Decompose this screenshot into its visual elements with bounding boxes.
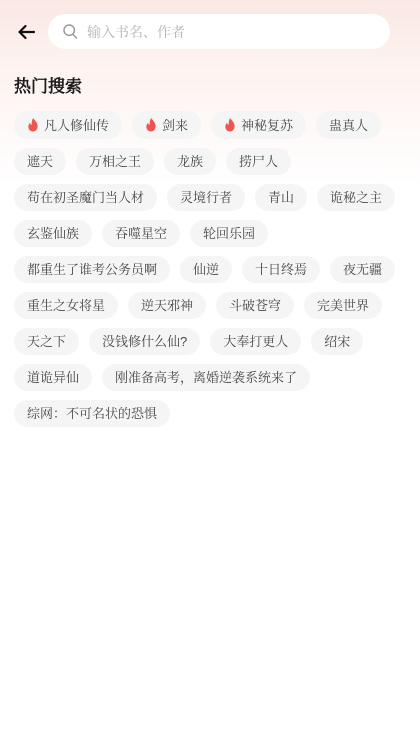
hot-search-tag-label: 逆天邪神: [141, 299, 193, 312]
flame-icon: [224, 118, 236, 132]
hot-search-tag-label: 吞噬星空: [115, 227, 167, 240]
hot-search-tag[interactable]: 综网：不可名状的恐惧: [14, 400, 170, 427]
hot-search-tag[interactable]: 青山: [255, 184, 307, 211]
hot-search-tag-label: 夜无疆: [343, 263, 382, 276]
hot-search-tag[interactable]: 夜无疆: [330, 256, 395, 283]
hot-search-tag-label: 重生之女将星: [27, 299, 105, 312]
hot-search-tag-label: 十日终焉: [255, 263, 307, 276]
hot-search-tag[interactable]: 轮回乐园: [190, 220, 268, 247]
hot-search-tag[interactable]: 万相之王: [76, 148, 154, 175]
hot-search-tag-label: 道诡异仙: [27, 371, 79, 384]
hot-search-tag[interactable]: 刚准备高考，离婚逆袭系统来了: [102, 364, 310, 391]
search-input[interactable]: [87, 24, 376, 40]
hot-search-tag-label: 完美世界: [317, 299, 369, 312]
hot-search-tag[interactable]: 天之下: [14, 328, 79, 355]
hot-search-tag-label: 遮天: [27, 155, 53, 168]
hot-search-tag-label: 天之下: [27, 335, 66, 348]
hot-search-tag[interactable]: 神秘复苏: [211, 111, 306, 139]
hot-search-tag-label: 万相之王: [89, 155, 141, 168]
hot-search-tag-label: 神秘复苏: [241, 119, 293, 132]
hot-search-tag-label: 蛊真人: [329, 119, 368, 132]
hot-search-tag[interactable]: 凡人修仙传: [14, 111, 122, 139]
hot-search-tag[interactable]: 剑来: [132, 111, 201, 139]
hot-search-tag-label: 捞尸人: [239, 155, 278, 168]
search-bar[interactable]: [48, 14, 390, 49]
hot-search-tag[interactable]: 都重生了谁考公务员啊: [14, 256, 170, 283]
hot-search-tag[interactable]: 大奉打更人: [210, 328, 301, 355]
hot-search-tag-label: 苟在初圣魔门当人材: [27, 191, 144, 204]
hot-search-tag-label: 诡秘之主: [330, 191, 382, 204]
hot-search-tag-label: 龙族: [177, 155, 203, 168]
hot-search-tag[interactable]: 龙族: [164, 148, 216, 175]
hot-search-tag[interactable]: 玄鉴仙族: [14, 220, 92, 247]
search-icon: [62, 23, 87, 40]
hot-search-tag[interactable]: 灵境行者: [167, 184, 245, 211]
hot-search-tag[interactable]: 绍宋: [311, 328, 363, 355]
hot-search-tag[interactable]: 捞尸人: [226, 148, 291, 175]
hot-search-tag[interactable]: 没钱修什么仙?: [89, 328, 200, 355]
hot-search-tag[interactable]: 道诡异仙: [14, 364, 92, 391]
top-bar: [0, 0, 420, 49]
flame-icon: [145, 118, 157, 132]
hot-search-tag[interactable]: 遮天: [14, 148, 66, 175]
hot-search-tag-label: 剑来: [162, 119, 188, 132]
hot-search-tag-label: 大奉打更人: [223, 335, 288, 348]
hot-search-tag[interactable]: 重生之女将星: [14, 292, 118, 319]
back-button[interactable]: [14, 20, 38, 44]
hot-search-tag[interactable]: 仙逆: [180, 256, 232, 283]
arrow-left-icon: [15, 21, 37, 43]
hot-search-tag-label: 都重生了谁考公务员啊: [27, 263, 157, 276]
hot-search-tag-label: 斗破苍穹: [229, 299, 281, 312]
hot-search-tag[interactable]: 十日终焉: [242, 256, 320, 283]
hot-search-tag-label: 没钱修什么仙?: [102, 335, 187, 348]
hot-search-tag-label: 青山: [268, 191, 294, 204]
hot-search-tag-label: 仙逆: [193, 263, 219, 276]
hot-search-tag[interactable]: 苟在初圣魔门当人材: [14, 184, 157, 211]
hot-search-tag-label: 绍宋: [324, 335, 350, 348]
hot-search-title: 热门搜索: [14, 72, 406, 97]
hot-search-tag[interactable]: 完美世界: [304, 292, 382, 319]
hot-search-tag-label: 刚准备高考，离婚逆袭系统来了: [115, 371, 297, 384]
flame-icon: [27, 118, 39, 132]
hot-search-tag-label: 灵境行者: [180, 191, 232, 204]
hot-search-tag-label: 凡人修仙传: [44, 119, 109, 132]
hot-search-tag-list: 凡人修仙传 剑来 神秘复苏 蛊真人 遮天 万相之王 龙族 捞尸人: [0, 111, 420, 427]
hot-search-tag[interactable]: 诡秘之主: [317, 184, 395, 211]
hot-search-tag-label: 综网：不可名状的恐惧: [27, 407, 157, 420]
hot-search-tag-label: 玄鉴仙族: [27, 227, 79, 240]
hot-search-tag[interactable]: 斗破苍穹: [216, 292, 294, 319]
hot-search-tag[interactable]: 逆天邪神: [128, 292, 206, 319]
hot-search-tag-label: 轮回乐园: [203, 227, 255, 240]
hot-search-tag[interactable]: 吞噬星空: [102, 220, 180, 247]
hot-search-tag[interactable]: 蛊真人: [316, 111, 381, 139]
